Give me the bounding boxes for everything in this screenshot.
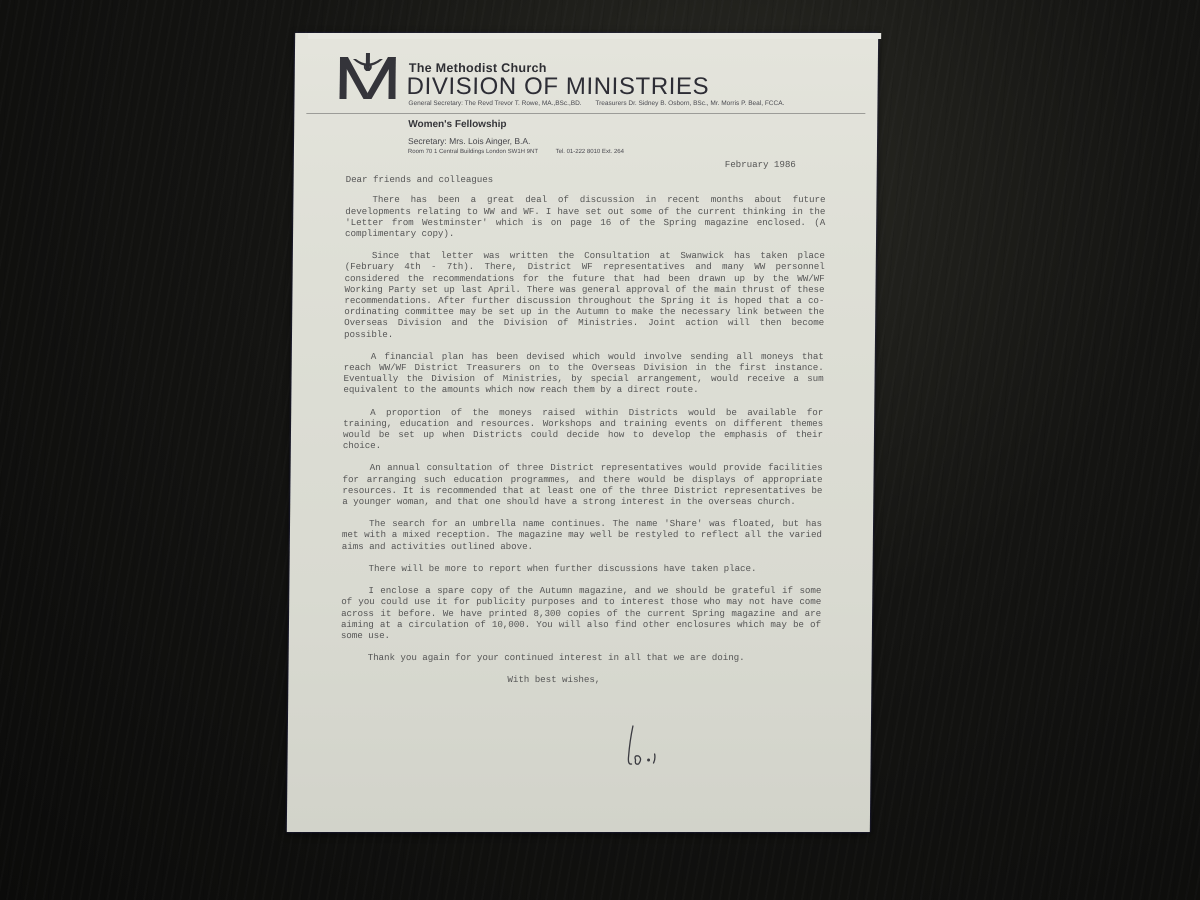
handwritten-signature — [623, 723, 674, 773]
letter-paragraph: Since that letter was written the Consul… — [344, 250, 825, 340]
letter-paragraph: A financial plan has been devised which … — [343, 351, 823, 396]
officers-line: General Secretary: The Revd Trevor T. Ro… — [408, 100, 784, 107]
letter-paragraph: I enclose a spare copy of the Autumn mag… — [341, 585, 822, 641]
department-address: Room 70 1 Central Buildings London SW1H … — [408, 149, 538, 155]
letter-closing: With best wishes, — [507, 674, 840, 685]
letter-paragraph: The search for an umbrella name continue… — [342, 518, 822, 552]
letter-paragraph: There will be more to report when furthe… — [342, 563, 822, 574]
department-address-line: Room 70 1 Central Buildings London SW1H … — [408, 149, 624, 155]
letter-paragraph: There has been a great deal of discussio… — [345, 194, 825, 239]
general-secretary: General Secretary: The Revd Trevor T. Ro… — [408, 100, 581, 107]
letter-paragraph: Thank you again for your continued inter… — [341, 652, 821, 663]
letter-date: February 1986 — [346, 159, 846, 170]
letter-body: February 1986 Dear friends and colleague… — [340, 159, 846, 686]
treasurers: Treasurers Dr. Sidney B. Osborn, BSc., M… — [595, 100, 784, 107]
department-name: Women's Fellowship — [408, 119, 506, 130]
letter-paragraph: A proportion of the moneys raised within… — [343, 407, 823, 452]
letter-page: The Methodist Church DIVISION OF MINISTR… — [287, 33, 878, 832]
department-secretary: Secretary: Mrs. Lois Ainger, B.A. — [408, 136, 530, 146]
letter-paragraph: An annual consultation of three District… — [342, 462, 822, 507]
letter-salutation: Dear friends and colleagues — [346, 174, 846, 185]
letterhead-divider — [306, 113, 865, 114]
division-title: DIVISION OF MINISTRIES — [406, 73, 709, 101]
methodist-logo-icon — [339, 53, 396, 101]
department-telephone: Tel. 01-222 8010 Ext. 264 — [556, 149, 624, 155]
